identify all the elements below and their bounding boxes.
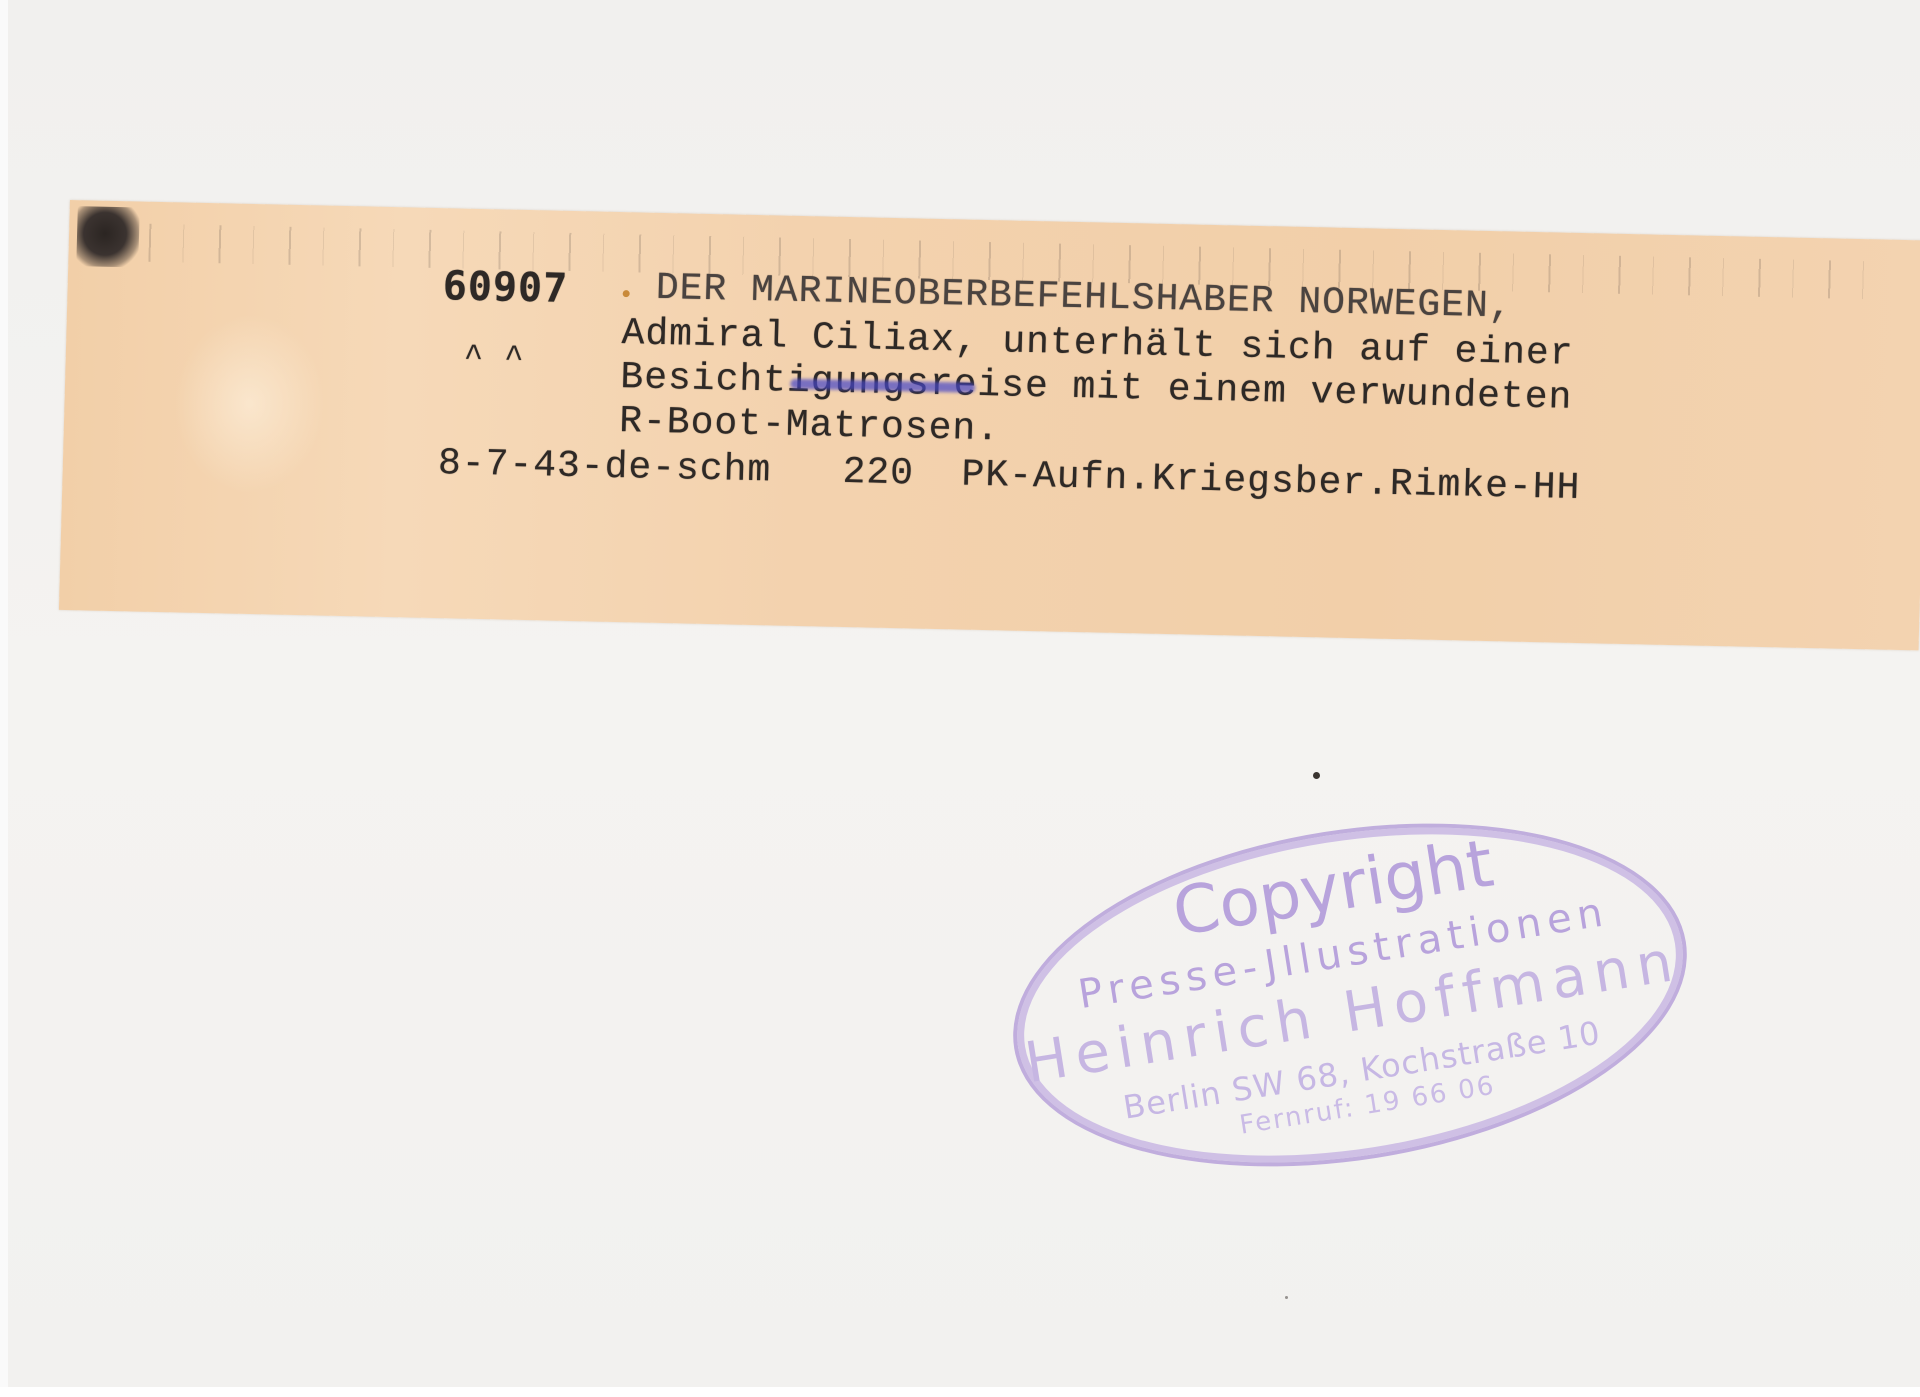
caption-strip: 60907 ^ ^ DER MARINEOBERBEFEHLSHABER NOR… bbox=[59, 200, 1920, 650]
photo-edge-left bbox=[0, 0, 8, 1397]
paper-fade-spot bbox=[172, 312, 327, 495]
caret-marks: ^ ^ bbox=[463, 339, 525, 377]
ink-speck bbox=[1285, 1296, 1288, 1299]
ink-smudge bbox=[76, 206, 140, 267]
ink-speck bbox=[1313, 772, 1320, 779]
photo-edge-bottom bbox=[0, 1387, 1920, 1397]
caption-credit-line: 8-7-43-de-schm 220 PK-Aufn.Kriegsber.Rim… bbox=[437, 442, 1580, 510]
reference-number: 60907 bbox=[442, 263, 569, 312]
caption-line-4: R-Boot-Matrosen. bbox=[619, 400, 1001, 451]
bullet-dot bbox=[623, 290, 630, 297]
